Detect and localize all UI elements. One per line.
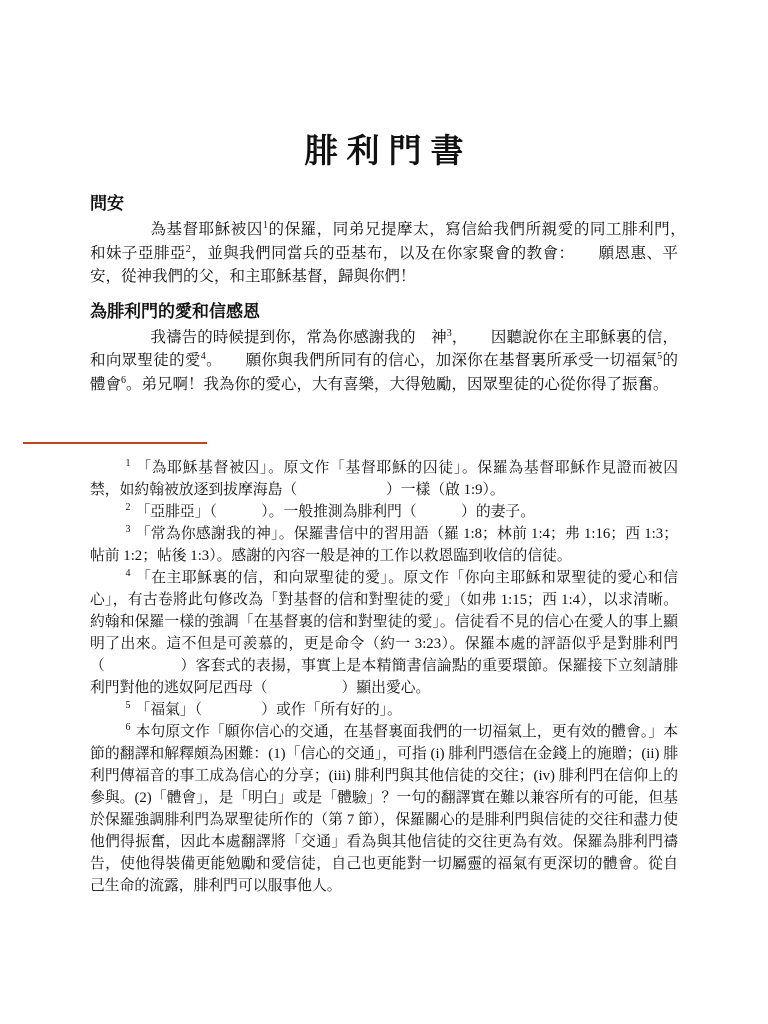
footnote-item-6: 6本句原文作「願你信心的交通，在基督裏面我們的一切福氣上，更有效的體會。」本節的… bbox=[90, 721, 678, 897]
footnote-item-4: 4「在主耶穌裏的信，和向眾聖徒的愛」。原文作「你向主耶穌和眾聖徒的愛心和信心」，… bbox=[90, 567, 678, 699]
footnote-ref: 3 bbox=[447, 327, 452, 338]
footnote-number: 2 bbox=[126, 502, 131, 513]
section-thanksgiving: 為腓利門的愛和信感恩 我禱告的時候提到你，常為你感謝我的 神3， 因聽說你在主耶… bbox=[90, 301, 678, 397]
footnote-ref: 1 bbox=[263, 220, 268, 231]
document-page: 腓利門書 問安 為基督耶穌被囚1的保羅，同弟兄提摩太，寫信給我們所親愛的同工腓利… bbox=[0, 0, 768, 1024]
footnotes-list: 1「為耶穌基督被囚」。原文作「基督耶穌的囚徒」。保羅為基督耶穌作見證而被囚禁，如… bbox=[0, 457, 768, 897]
footnote-item-5: 5「福氣」（ ）或作「所有好的」。 bbox=[90, 699, 678, 721]
greeting-heading: 問安 bbox=[90, 193, 678, 215]
footnote-item-2: 2「亞腓亞」（ ）。一般推測為腓利門（ ）的妻子。 bbox=[90, 501, 678, 523]
footnote-ref: 6 bbox=[121, 374, 126, 385]
document-title: 腓利門書 bbox=[90, 136, 678, 169]
footnote-text: 「亞腓亞」（ ）。一般推測為腓利門（ ）的妻子。 bbox=[136, 504, 536, 520]
footnote-item-3: 3「常為你感謝我的神」。保羅書信中的習用語（羅 1:8；林前 1:4；弗 1:1… bbox=[90, 523, 678, 567]
section-greeting: 問安 為基督耶穌被囚1的保羅，同弟兄提摩太，寫信給我們所親愛的同工腓利門， 和妹… bbox=[90, 193, 678, 289]
footnote-text: 「常為你感謝我的神」。保羅書信中的習用語（羅 1:8；林前 1:4；弗 1:16… bbox=[90, 526, 678, 564]
footnote-number: 1 bbox=[126, 458, 131, 469]
footnote-text: 本句原文作「願你信心的交通，在基督裏面我們的一切福氣上，更有效的體會。」本節的翻… bbox=[90, 724, 678, 894]
footnote-text: 「為耶穌基督被囚」。原文作「基督耶穌的囚徒」。保羅為基督耶穌作見證而被囚禁，如約… bbox=[90, 460, 678, 498]
footnote-ref: 2 bbox=[186, 243, 191, 254]
footnote-text: 「在主耶穌裏的信，和向眾聖徒的愛」。原文作「你向主耶穌和眾聖徒的愛心和信心」，有… bbox=[90, 570, 678, 696]
document-body: 腓利門書 問安 為基督耶穌被囚1的保羅，同弟兄提摩太，寫信給我們所親愛的同工腓利… bbox=[0, 0, 768, 396]
footnote-number: 4 bbox=[126, 568, 131, 579]
footnote-number: 3 bbox=[126, 524, 131, 535]
thanksgiving-paragraph: 我禱告的時候提到你，常為你感謝我的 神3， 因聽說你在主耶穌裏的信，和向眾聖徒的… bbox=[90, 326, 678, 397]
thanksgiving-heading: 為腓利門的愛和信感恩 bbox=[90, 301, 678, 323]
footnote-ref: 5 bbox=[657, 351, 662, 362]
footnote-number: 5 bbox=[126, 700, 131, 711]
footnote-item-1: 1「為耶穌基督被囚」。原文作「基督耶穌的囚徒」。保羅為基督耶穌作見證而被囚禁，如… bbox=[90, 457, 678, 501]
greeting-paragraph: 為基督耶穌被囚1的保羅，同弟兄提摩太，寫信給我們所親愛的同工腓利門， 和妹子亞腓… bbox=[90, 218, 678, 289]
footnote-ref: 4 bbox=[201, 351, 206, 362]
footnote-number: 6 bbox=[126, 722, 131, 733]
footnote-text: 「福氣」（ ）或作「所有好的」。 bbox=[136, 702, 402, 718]
footnote-separator bbox=[23, 442, 207, 444]
